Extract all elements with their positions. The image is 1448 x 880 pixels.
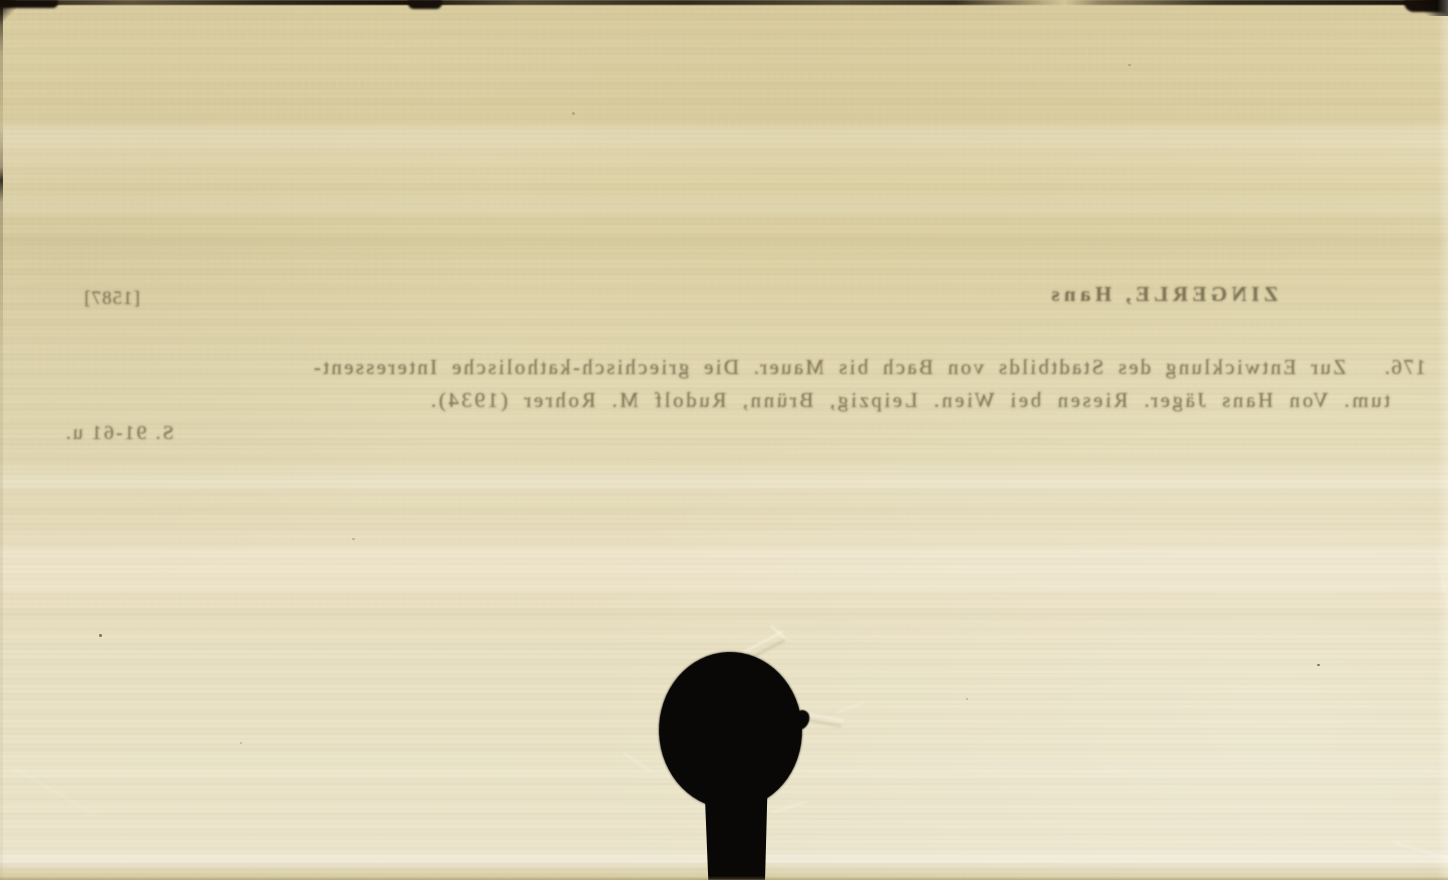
paper-speck (572, 112, 575, 115)
paper-crease (837, 700, 866, 713)
paper-speck (240, 742, 242, 744)
paper-crease (770, 625, 788, 641)
entry-text-line2: tum. Von Hans Jäger. Riesen bei Wien. Le… (428, 388, 1390, 413)
paper-crease (742, 630, 784, 653)
paper-speck (352, 538, 355, 540)
paper-speck (99, 634, 102, 637)
scan-band (0, 548, 1448, 592)
keyhole-punch-stem (703, 782, 769, 880)
scan-band (0, 474, 1448, 488)
scanned-catalog-card: ZINGERLE, Hans [1587] 176. Zur Entwicklu… (0, 0, 1448, 880)
scan-top-edge (0, 0, 1448, 5)
scan-right-edge-highlight (1436, 0, 1448, 880)
entry-text-line3: S. 91-61 u. (64, 422, 1390, 445)
scan-band (0, 198, 1448, 214)
scan-band (0, 238, 1448, 248)
paper-crease (12, 766, 96, 816)
entry-text-line1: Zur Entwicklung des Stadtbilds von Bach … (312, 355, 1346, 380)
paper-speck (1128, 64, 1131, 66)
paper-crease (773, 801, 806, 813)
scan-band (0, 128, 1448, 142)
scan-bottom-edge (0, 876, 1448, 880)
scan-left-edge (0, 0, 3, 880)
card-reference-number: [1587] (83, 288, 140, 310)
paper-crease (623, 752, 654, 774)
paper-speck (966, 698, 968, 700)
paper-speck (1317, 664, 1320, 666)
card-heading-name: ZINGERLE, Hans (1047, 282, 1278, 307)
scan-band (0, 612, 1448, 620)
scan-edge-blob (408, 0, 442, 9)
paper-crease-shadow (806, 719, 842, 727)
entry-number: 176. (1383, 355, 1426, 380)
